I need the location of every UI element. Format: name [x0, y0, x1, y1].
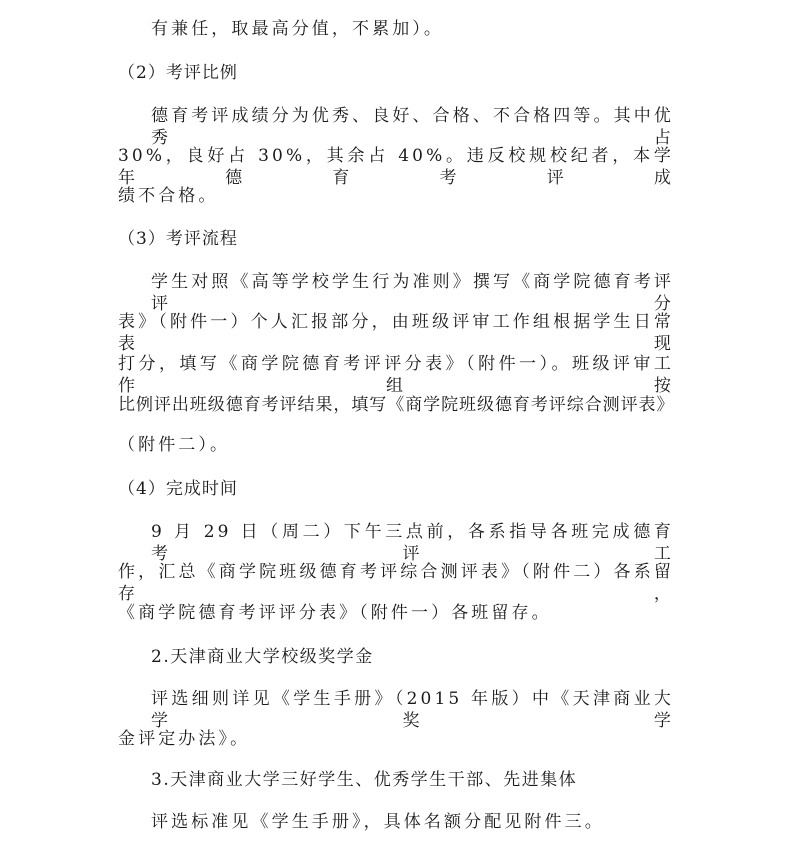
paragraph-line: （附件二）。	[118, 434, 678, 456]
paragraph-line: 绩不合格。	[118, 185, 678, 207]
paragraph-line: 9 月 29 日（周二）下午三点前，各系指导各班完成德育考评工	[151, 521, 674, 565]
paragraph-line: 金评定办法》。	[118, 728, 678, 750]
section-heading-time: （4）完成时间	[118, 478, 678, 500]
paragraph-line: 表》（附件一）个人汇报部分，由班级评审工作组根据学生日常表现	[118, 311, 674, 355]
paragraph-line: 评选细则详见《学生手册》（2015 年版）中《天津商业大学奖学	[151, 688, 674, 732]
paragraph-line: 作，汇总《商学院班级德育考评综合测评表》（附件二）各系留存，	[118, 561, 674, 605]
section-heading-scholarship: 2.天津商业大学校级奖学金	[151, 646, 711, 668]
document-page: 有兼任，取最高分值，不累加）。 （2）考评比例 德育考评成绩分为优秀、良好、合格…	[0, 0, 793, 852]
section-heading-ratio: （2）考评比例	[118, 62, 678, 84]
paragraph-line: 德育考评成绩分为优秀、良好、合格、不合格四等。其中优秀占	[151, 105, 674, 149]
section-heading-merit-students: 3.天津商业大学三好学生、优秀学生干部、先进集体	[151, 769, 711, 791]
paragraph-line: 打分，填写《商学院德育考评评分表》（附件一）。班级评审工作组按	[118, 353, 674, 397]
paragraph-line: 《商学院德育考评评分表》（附件一）各班留存。	[118, 602, 678, 624]
paragraph-line: 学生对照《高等学校学生行为准则》撰写《商学院德育考评评分	[151, 271, 674, 315]
paragraph-line: 有兼任，取最高分值，不累加）。	[151, 18, 711, 40]
paragraph-line: 30%，良好占 30%，其余占 40%。违反校规校纪者，本学年德育考评成	[118, 145, 674, 189]
paragraph-line: 评选标准见《学生手册》，具体名额分配见附件三。	[151, 811, 711, 833]
paragraph-line: 比例评出班级德育考评结果，填写《商学院班级德育考评综合测评表》	[118, 394, 674, 416]
section-heading-process: （3）考评流程	[118, 228, 678, 250]
